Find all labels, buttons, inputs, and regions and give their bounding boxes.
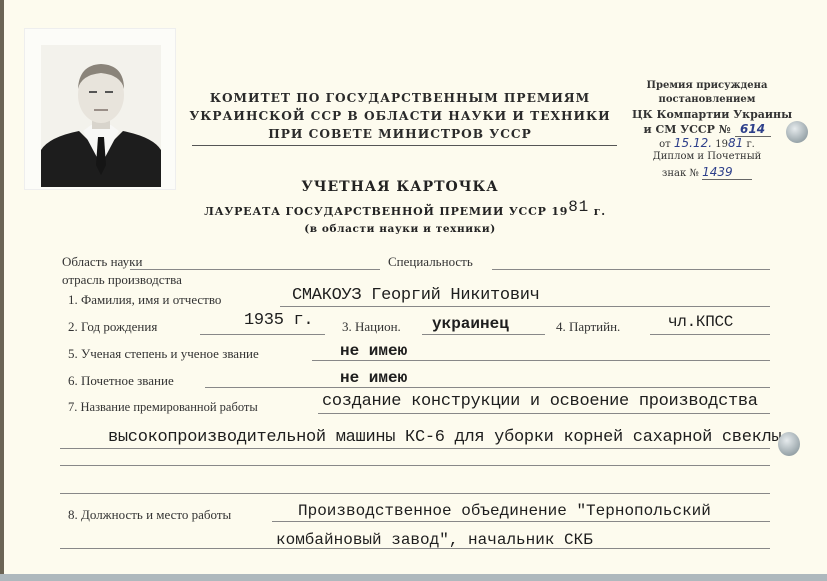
registration-card: КОМИТЕТ ПО ГОСУДАРСТВЕННЫМ ПРЕМИЯМ УКРАИ… — [0, 0, 827, 575]
science-area-label: Область науки — [62, 254, 142, 270]
card-title: УЧЕТНАЯ КАРТОЧКА — [170, 179, 630, 195]
work-title-value-line2: высокопроизводительной машины КС-6 для у… — [108, 428, 781, 447]
badge-label: знак № — [662, 168, 699, 179]
party-value: чл.КПСС — [668, 313, 733, 331]
work-title-line2 — [60, 448, 770, 449]
nationality-line — [422, 334, 545, 335]
committee-header-line3: ПРИ СОВЕТЕ МИНИСТРОВ УССР — [170, 127, 630, 141]
degree-value: не имею — [340, 342, 407, 360]
photo-frame — [24, 28, 176, 190]
badge-line: знак № 1439 — [632, 165, 782, 180]
work-title-line3 — [60, 465, 770, 466]
position-value-line2: комбайновый завод", начальник СКБ — [276, 531, 593, 549]
honorary-title-line — [205, 387, 770, 388]
nationality-label: 3. Национ. — [342, 319, 401, 335]
award-line3: ЦК Компартии Украины — [632, 108, 782, 121]
committee-header-line2: УКРАИНСКОЙ ССР В ОБЛАСТИ НАУКИ И ТЕХНИКИ — [170, 109, 630, 123]
birth-year-value: 1935 г. — [244, 311, 313, 330]
work-title-label: 7. Название премированной работы — [68, 400, 258, 415]
degree-label: 5. Ученая степень и ученое звание — [68, 346, 259, 362]
award-date-line: от 15.12. 1981 г. — [632, 136, 782, 150]
award-line6: Диплом и Почетный — [632, 151, 782, 162]
scan-background — [0, 574, 827, 581]
badge-number: 1439 — [702, 165, 752, 180]
fio-label: 1. Фамилия, имя и отчество — [68, 292, 221, 308]
date-prefix: от — [659, 139, 671, 150]
award-date: 15.12. — [674, 136, 712, 150]
degree-line — [312, 360, 770, 361]
punch-hole-bottom — [778, 432, 800, 456]
subtitle-suffix: г. — [594, 205, 606, 218]
award-year: 81 — [728, 136, 743, 150]
decree-number: 614 — [735, 122, 771, 137]
birth-year-label: 2. Год рождения — [68, 319, 157, 335]
punch-hole-top — [786, 121, 808, 143]
birth-year-line — [200, 334, 325, 335]
award-line4: и СМ УССР № 614 — [632, 122, 782, 137]
work-title-value-line1: создание конструкции и освоение производ… — [322, 392, 758, 411]
decree-label: и СМ УССР № — [643, 123, 730, 136]
award-line1: Премия присуждена — [632, 80, 782, 91]
science-area-field[interactable] — [130, 269, 380, 270]
industry-label: отрасль производства — [62, 272, 182, 288]
honorary-title-label: 6. Почетное звание — [68, 373, 174, 389]
specialty-field[interactable] — [492, 269, 770, 270]
party-line — [650, 334, 770, 335]
position-label: 8. Должность и место работы — [68, 507, 231, 523]
work-title-line1 — [318, 413, 770, 414]
nationality-value: украинец — [432, 315, 509, 333]
fio-field-line — [280, 306, 770, 307]
position-line2 — [60, 548, 770, 549]
year-prefix: 19 — [715, 139, 728, 150]
party-label: 4. Партийн. — [556, 319, 620, 335]
committee-header-line1: КОМИТЕТ ПО ГОСУДАРСТВЕННЫМ ПРЕМИЯМ — [170, 91, 630, 105]
card-note: (в области науки и техники) — [170, 223, 630, 235]
position-line1 — [272, 521, 770, 522]
subtitle-year: 81 — [568, 198, 589, 216]
card-edge — [0, 0, 4, 575]
position-value-line1: Производственное объединение "Тернопольс… — [298, 502, 711, 520]
specialty-label: Специальность — [388, 254, 473, 270]
year-suffix: г. — [746, 139, 754, 150]
honorary-title-value: не имею — [340, 369, 407, 387]
header-rule — [192, 145, 617, 146]
award-line2: постановлением — [632, 94, 782, 105]
subtitle-text: ЛАУРЕАТА ГОСУДАРСТВЕННОЙ ПРЕМИИ УССР 19 — [204, 205, 568, 218]
work-title-line4 — [60, 493, 770, 494]
card-subtitle: ЛАУРЕАТА ГОСУДАРСТВЕННОЙ ПРЕМИИ УССР 198… — [170, 202, 640, 220]
fio-value: СМАКОУЗ Георгий Никитович — [292, 286, 540, 305]
person-portrait-icon — [41, 45, 161, 187]
portrait-photo — [41, 45, 161, 187]
